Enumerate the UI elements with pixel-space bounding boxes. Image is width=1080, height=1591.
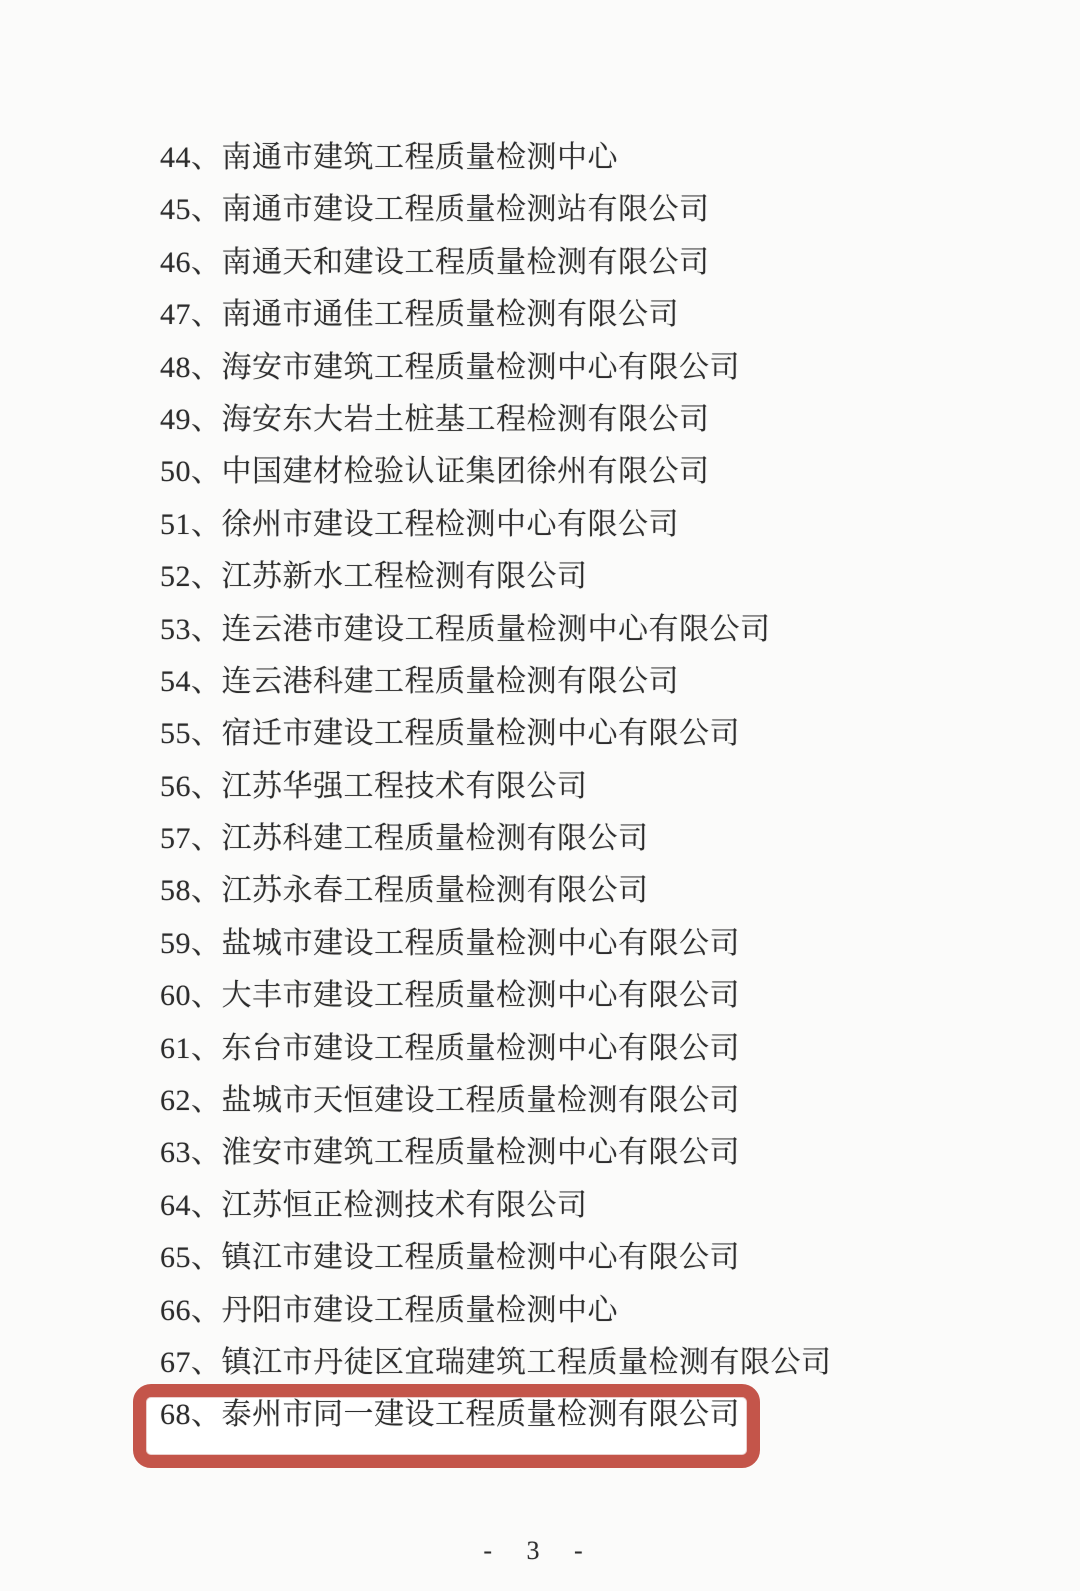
list-item: 55、宿迁市建设工程质量检测中心有限公司	[160, 708, 832, 760]
list-item-text: 60、大丰市建设工程质量检测中心有限公司	[160, 979, 740, 1012]
list-item-text: 64、江苏恒正检测技术有限公司	[160, 1189, 588, 1222]
list-item: 58、江苏永春工程质量检测有限公司	[160, 865, 832, 917]
list-item-text: 56、江苏华强工程技术有限公司	[160, 770, 588, 803]
list-item: 46、南通天和建设工程质量检测有限公司	[160, 237, 832, 289]
list-item: 49、海安东大岩土桩基工程检测有限公司	[160, 394, 832, 446]
document-page: 44、南通市建筑工程质量检测中心 45、南通市建设工程质量检测站有限公司 46、…	[0, 0, 1080, 1591]
list-item-text: 67、镇江市丹徒区宜瑞建筑工程质量检测有限公司	[160, 1346, 832, 1379]
list-item: 50、中国建材检验认证集团徐州有限公司	[160, 446, 832, 498]
list-item-text: 46、南通天和建设工程质量检测有限公司	[160, 246, 710, 279]
list-item-text: 58、江苏永春工程质量检测有限公司	[160, 874, 649, 907]
list-item: 61、东台市建设工程质量检测中心有限公司	[160, 1023, 832, 1075]
list-item: 45、南通市建设工程质量检测站有限公司	[160, 184, 832, 236]
list-item: 51、徐州市建设工程检测中心有限公司	[160, 499, 832, 551]
list-item: 65、镇江市建设工程质量检测中心有限公司	[160, 1232, 832, 1284]
list-item-text: 61、东台市建设工程质量检测中心有限公司	[160, 1032, 740, 1065]
list-item: 59、盐城市建设工程质量检测中心有限公司	[160, 918, 832, 970]
list-item: 54、连云港科建工程质量检测有限公司	[160, 656, 832, 708]
page-number: - 3 -	[483, 1536, 596, 1565]
list-item-text: 55、宿迁市建设工程质量检测中心有限公司	[160, 717, 740, 750]
list-item: 44、南通市建筑工程质量检测中心	[160, 132, 832, 184]
list-item-text: 66、丹阳市建设工程质量检测中心	[160, 1294, 618, 1327]
list-item: 62、盐城市天恒建设工程质量检测有限公司	[160, 1075, 832, 1127]
list-item: 56、江苏华强工程技术有限公司	[160, 761, 832, 813]
list-item: 67、镇江市丹徒区宜瑞建筑工程质量检测有限公司	[160, 1337, 832, 1389]
list-item-text: 49、海安东大岩土桩基工程检测有限公司	[160, 403, 710, 436]
list-item-text: 51、徐州市建设工程检测中心有限公司	[160, 508, 679, 541]
list-item: 53、连云港市建设工程质量检测中心有限公司	[160, 604, 832, 656]
list-item-text: 53、连云港市建设工程质量检测中心有限公司	[160, 613, 771, 646]
list-item: 57、江苏科建工程质量检测有限公司	[160, 813, 832, 865]
list-item: 64、江苏恒正检测技术有限公司	[160, 1180, 832, 1232]
list-item: 52、江苏新水工程检测有限公司	[160, 551, 832, 603]
list-item-text: 48、海安市建筑工程质量检测中心有限公司	[160, 351, 740, 384]
list-item-text: 62、盐城市天恒建设工程质量检测有限公司	[160, 1084, 740, 1117]
list-item-text: 57、江苏科建工程质量检测有限公司	[160, 822, 649, 855]
list-item: 66、丹阳市建设工程质量检测中心	[160, 1285, 832, 1337]
list-item-text: 52、江苏新水工程检测有限公司	[160, 560, 588, 593]
list-item-text: 44、南通市建筑工程质量检测中心	[160, 141, 618, 174]
list-item: 63、淮安市建筑工程质量检测中心有限公司	[160, 1127, 832, 1179]
list-item: 48、海安市建筑工程质量检测中心有限公司	[160, 342, 832, 394]
list-item-text: 54、连云港科建工程质量检测有限公司	[160, 665, 679, 698]
list-item: 47、南通市通佳工程质量检测有限公司	[160, 289, 832, 341]
list-item-text: 50、中国建材检验认证集团徐州有限公司	[160, 455, 710, 488]
page-footer: - 3 -	[0, 1536, 1080, 1566]
list-item: 60、大丰市建设工程质量检测中心有限公司	[160, 970, 832, 1022]
list-item-text: 59、盐城市建设工程质量检测中心有限公司	[160, 927, 740, 960]
list-item-text: 45、南通市建设工程质量检测站有限公司	[160, 193, 710, 226]
list-item-text: 47、南通市通佳工程质量检测有限公司	[160, 298, 679, 331]
list-item-highlighted: 68、泰州市同一建设工程质量检测有限公司	[160, 1389, 832, 1441]
list-item-text: 65、镇江市建设工程质量检测中心有限公司	[160, 1241, 740, 1274]
list-item-text: 63、淮安市建筑工程质量检测中心有限公司	[160, 1136, 740, 1169]
company-list: 44、南通市建筑工程质量检测中心 45、南通市建设工程质量检测站有限公司 46、…	[160, 132, 832, 1442]
list-item-text: 68、泰州市同一建设工程质量检测有限公司	[160, 1398, 740, 1431]
